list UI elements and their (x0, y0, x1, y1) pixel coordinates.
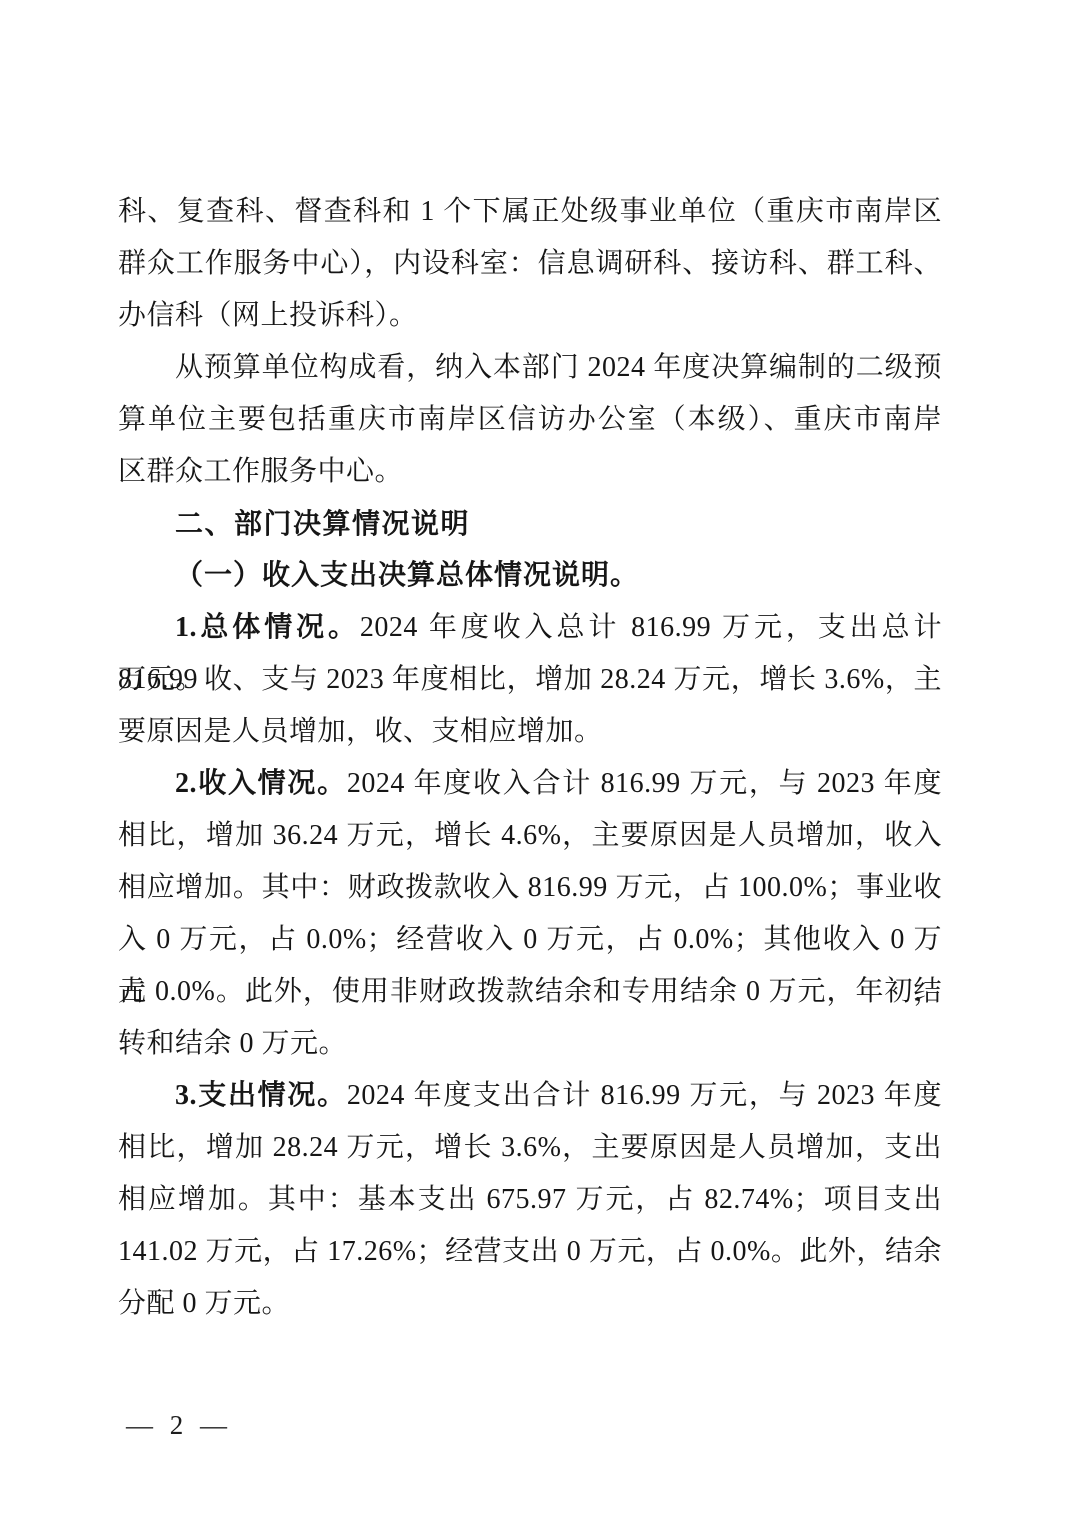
text-line: 转和结余 0 万元。 (118, 1018, 942, 1070)
text-line: 占 0.0%。此外，使用非财政拨款结余和专用结余 0 万元，年初结 (118, 966, 942, 1018)
text-line: 相应增加。其中：基本支出 675.97 万元，占 82.74%；项目支出 (118, 1174, 942, 1226)
text-line: 相比，增加 36.24 万元，增长 4.6%，主要原因是人员增加，收入 (118, 810, 942, 862)
subsection-heading: （一）收入支出决算总体情况说明。 (118, 550, 942, 602)
text-line: 分配 0 万元。 (118, 1278, 942, 1330)
document-body: 科、复查科、督查科和 1 个下属正处级事业单位（重庆市南岸区 群众工作服务中心）… (118, 186, 942, 1330)
page-number: — 2 — (126, 1399, 232, 1451)
text-line: 科、复查科、督查科和 1 个下属正处级事业单位（重庆市南岸区 (118, 186, 942, 238)
text-line: 区群众工作服务中心。 (118, 446, 942, 498)
text-line: 入 0 万元，占 0.0%；经营收入 0 万元，占 0.0%；其他收入 0 万元… (118, 914, 942, 966)
text-line: 办信科（网上投诉科）。 (118, 290, 942, 342)
item-lead-label: 2.收入情况。 (175, 768, 347, 799)
text-line: 要原因是人员增加，收、支相应增加。 (118, 706, 942, 758)
text-line: 141.02 万元，占 17.26%；经营支出 0 万元，占 0.0%。此外，结… (118, 1226, 942, 1278)
text-run: 2024 年度支出合计 816.99 万元，与 2023 年度 (347, 1080, 942, 1111)
text-line: 从预算单位构成看，纳入本部门 2024 年度决算编制的二级预 (118, 342, 942, 394)
text-line: 万元。收、支与 2023 年度相比，增加 28.24 万元，增长 3.6%，主 (118, 654, 942, 706)
text-line: 群众工作服务中心），内设科室：信息调研科、接访科、群工科、 (118, 238, 942, 290)
item-lead-label: 1.总体情况。 (175, 612, 360, 643)
text-run: 2024 年度收入合计 816.99 万元，与 2023 年度 (347, 768, 942, 799)
section-heading: 二、部门决算情况说明 (118, 498, 942, 550)
text-line: 2.收入情况。2024 年度收入合计 816.99 万元，与 2023 年度 (118, 758, 942, 810)
text-line: 相比，增加 28.24 万元，增长 3.6%，主要原因是人员增加，支出 (118, 1122, 942, 1174)
item-lead-label: 3.支出情况。 (175, 1080, 347, 1111)
text-line: 算单位主要包括重庆市南岸区信访办公室（本级）、重庆市南岸 (118, 394, 942, 446)
text-line: 1.总体情况。2024 年度收入总计 816.99 万元，支出总计 816.99 (118, 602, 942, 654)
text-line: 3.支出情况。2024 年度支出合计 816.99 万元，与 2023 年度 (118, 1070, 942, 1122)
text-line: 相应增加。其中：财政拨款收入 816.99 万元，占 100.0%；事业收 (118, 862, 942, 914)
